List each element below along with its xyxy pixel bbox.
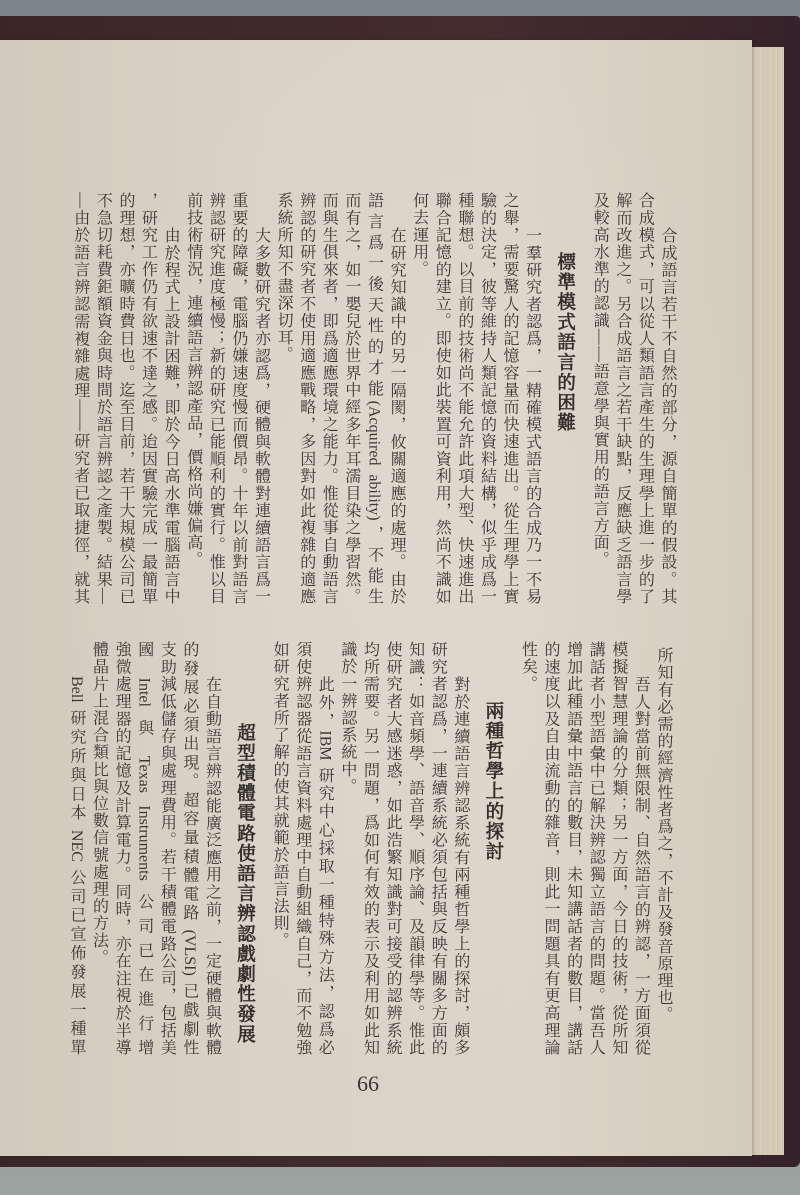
page-number: 66 xyxy=(357,1071,379,1097)
text-column: 語言爲一後天性的才能(Acquired ability)，不能生 xyxy=(362,192,385,604)
text-column: 的理想，亦曠時費日也。迄至目前，若干大規模公司已 xyxy=(113,192,136,604)
text-column: 而與生俱來者，即爲適應環境之能力。惟從事自動語言 xyxy=(317,192,340,604)
text-column: 合成模式，可以從人類語言產生的生理學上進一步的了 xyxy=(633,192,656,604)
text-column: 所知有必需的經濟性者爲之，不計及發音原理也。 xyxy=(651,641,674,1055)
text-column: 體晶片上混合類比與位數信號處理的方法。 xyxy=(87,641,110,1055)
section-heading: 超型積體電路使語言辨認戲劇性發展 xyxy=(223,641,268,1055)
text-column: 不急切耗費鉅額資金與時間於語言辨認之產製。結果— xyxy=(91,192,114,604)
text-column: 性矣。 xyxy=(516,641,539,1055)
text-column: 研究者認爲，一連續系統必須包括與反映有關多方面的 xyxy=(426,641,449,1055)
paragraph: 由於程式上設計困難，即於今日高水準電腦語言中 ，研究工作仍有欲速不達之感。迨因實… xyxy=(68,192,181,604)
text-column: 的速度以及自由流動的雜音，則此一問題具有更高理論 xyxy=(538,641,561,1055)
text-column: 國 Intel 與 Texas Instruments 公司已在進行增 xyxy=(132,641,155,1055)
text-column: 種聯想。以目前的技術尚不能允許此項大型、快速進出 xyxy=(452,192,475,604)
text-column: —由於語言辨認需複雜處理——研究者已取捷徑，就其 xyxy=(68,192,91,604)
text-column: 吾人對當前無限制、自然語言的辨認，一方面須從 xyxy=(629,641,652,1055)
text-column: 增加此種語彙中語言的數目，未知講話者的數目，講話 xyxy=(561,641,584,1055)
text-column: 系統所知不盡深切耳。 xyxy=(272,192,295,604)
text-column: 由於程式上設計困難，即於今日高水準電腦語言中 xyxy=(159,192,182,604)
paragraph: 此外，IBM 研究中心採取一種特殊方法，認爲必 須使辨認器從語言資料處理中自動組… xyxy=(268,641,336,1055)
text-column: 何去運用。 xyxy=(407,192,430,604)
text-column: 之舉，需要驚人的記憶容量而快速進出。從生理學上實 xyxy=(497,192,520,604)
section-heading: 標準模式語言的困難 xyxy=(543,192,588,604)
text-column: 如研究者所了解的使其就範於語言法則。 xyxy=(268,641,291,1055)
text-column: 講話者小型語彙中已解決辨認獨立語言的問題。當吾人 xyxy=(584,641,607,1055)
text-column: Bell 研究所與日本 NEC 公司已宣佈發展一種單 xyxy=(64,641,87,1055)
text-column: 對於連續語言辨認系統有兩種哲學上的探討，頗多 xyxy=(448,641,471,1055)
text-column: 須使辨認器從語言資料處理中自動組織自己，而不勉強 xyxy=(290,641,313,1055)
text-column: 知識：如音頻學、語音學、順序論、及韻律學等。惟此 xyxy=(403,641,426,1055)
text-column: 使研究者大感迷惑，如此浩繁知識對可接受的認辨系統 xyxy=(380,641,403,1055)
text-column: 大多數研究者亦認爲，硬體與軟體對連續語言爲一 xyxy=(249,192,272,604)
text-column: 在自動語言辨認能廣泛應用之前，一定硬體與軟體 xyxy=(200,641,223,1055)
paragraph: 一羣研究者認爲，一精確模式語言的合成乃一不易 之舉，需要驚人的記憶容量而快速進出… xyxy=(407,192,543,604)
text-column: 的發展必須出現。超容量積體電路 (VLSI) 已戲劇性 xyxy=(177,641,200,1055)
section-heading: 兩種哲學上的探討 xyxy=(471,641,516,1055)
text-column: 重要的障礙，電腦仍嫌速度慢而價昂。十年以前對語言 xyxy=(226,192,249,604)
text-column: 解而改進之。另合成語言之若干缺點，反應缺乏語言學 xyxy=(610,192,633,604)
top-text-tier: 合成語言若干不自然的部分，源自簡單的假設。其 合成模式，可以從人類語言產生的生理… xyxy=(68,192,678,604)
text-column: 而有之，如一嬰兒於世界中經多年耳濡目染之學習然。 xyxy=(339,192,362,604)
text-column: ，研究工作仍有欲速不達之感。迨因實驗完成一最簡單 xyxy=(136,192,159,604)
paragraph: Bell 研究所與日本 NEC 公司已宣佈發展一種單 xyxy=(64,641,87,1055)
text-column: 辨認的研究者不使用適應戰略，多因對如此複雜的適應 xyxy=(294,192,317,604)
paragraph: 吾人對當前無限制、自然語言的辨認，一方面須從 模擬智慧理論的分類；另一方面，今日… xyxy=(516,641,652,1055)
paragraph-continuation: 所知有必需的經濟性者爲之，不計及發音原理也。 xyxy=(651,641,674,1055)
text-column: 模擬智慧理論的分類；另一方面，今日的技術，從所知 xyxy=(606,641,629,1055)
text-column: 均所需要。另一問題，爲如何有效的表示及利用如此知 xyxy=(358,641,381,1055)
text-column: 此外，IBM 研究中心採取一種特殊方法，認爲必 xyxy=(313,641,336,1055)
text-column: 聯合記憶的建立。即使如此裝置可資利用，然尚不識如 xyxy=(430,192,453,604)
text-column: 識於一辨認系統中。 xyxy=(335,641,358,1055)
text-column: 在研究知識中的另一隔閡，攸關適應的處理。由於 xyxy=(384,192,407,604)
text-column: 前技術情況，連續語言辨認產品，價格尚嫌偏高。 xyxy=(181,192,204,604)
paragraph: 合成語言若干不自然的部分，源自簡單的假設。其 合成模式，可以從人類語言產生的生理… xyxy=(588,192,678,604)
text-column: 強微處理器的記憶及計算電力。同時，亦在注視於半導 xyxy=(110,641,133,1055)
bottom-text-tier: 所知有必需的經濟性者爲之，不計及發音原理也。 吾人對當前無限制、自然語言的辨認，… xyxy=(64,641,674,1055)
paragraph: 在自動語言辨認能廣泛應用之前，一定硬體與軟體 的發展必須出現。超容量積體電路 (… xyxy=(87,641,223,1055)
text-column: 驗的決定，彼等維持人類記憶的資料結構，似乎成爲一 xyxy=(475,192,498,604)
text-column: 支助減低儲存與處理費用。若干積體電路公司，包括美 xyxy=(155,641,178,1055)
text-column: 一羣研究者認爲，一精確模式語言的合成乃一不易 xyxy=(520,192,543,604)
text-column: 辨認研究進度極慢；新的研究已能順利的實行。惟以目 xyxy=(204,192,227,604)
paragraph: 大多數研究者亦認爲，硬體與軟體對連續語言爲一 重要的障礙，電腦仍嫌速度慢而價昂。… xyxy=(181,192,271,604)
text-column: 及較高水準的認識——語意學與實用的語言方面。 xyxy=(588,192,611,604)
paragraph: 對於連續語言辨認系統有兩種哲學上的探討，頗多 研究者認爲，一連續系統必須包括與反… xyxy=(335,641,471,1055)
paragraph: 在研究知識中的另一隔閡，攸關適應的處理。由於 語言爲一後天性的才能(Acquir… xyxy=(272,192,408,604)
text-column: 合成語言若干不自然的部分，源自簡單的假設。其 xyxy=(655,192,678,604)
